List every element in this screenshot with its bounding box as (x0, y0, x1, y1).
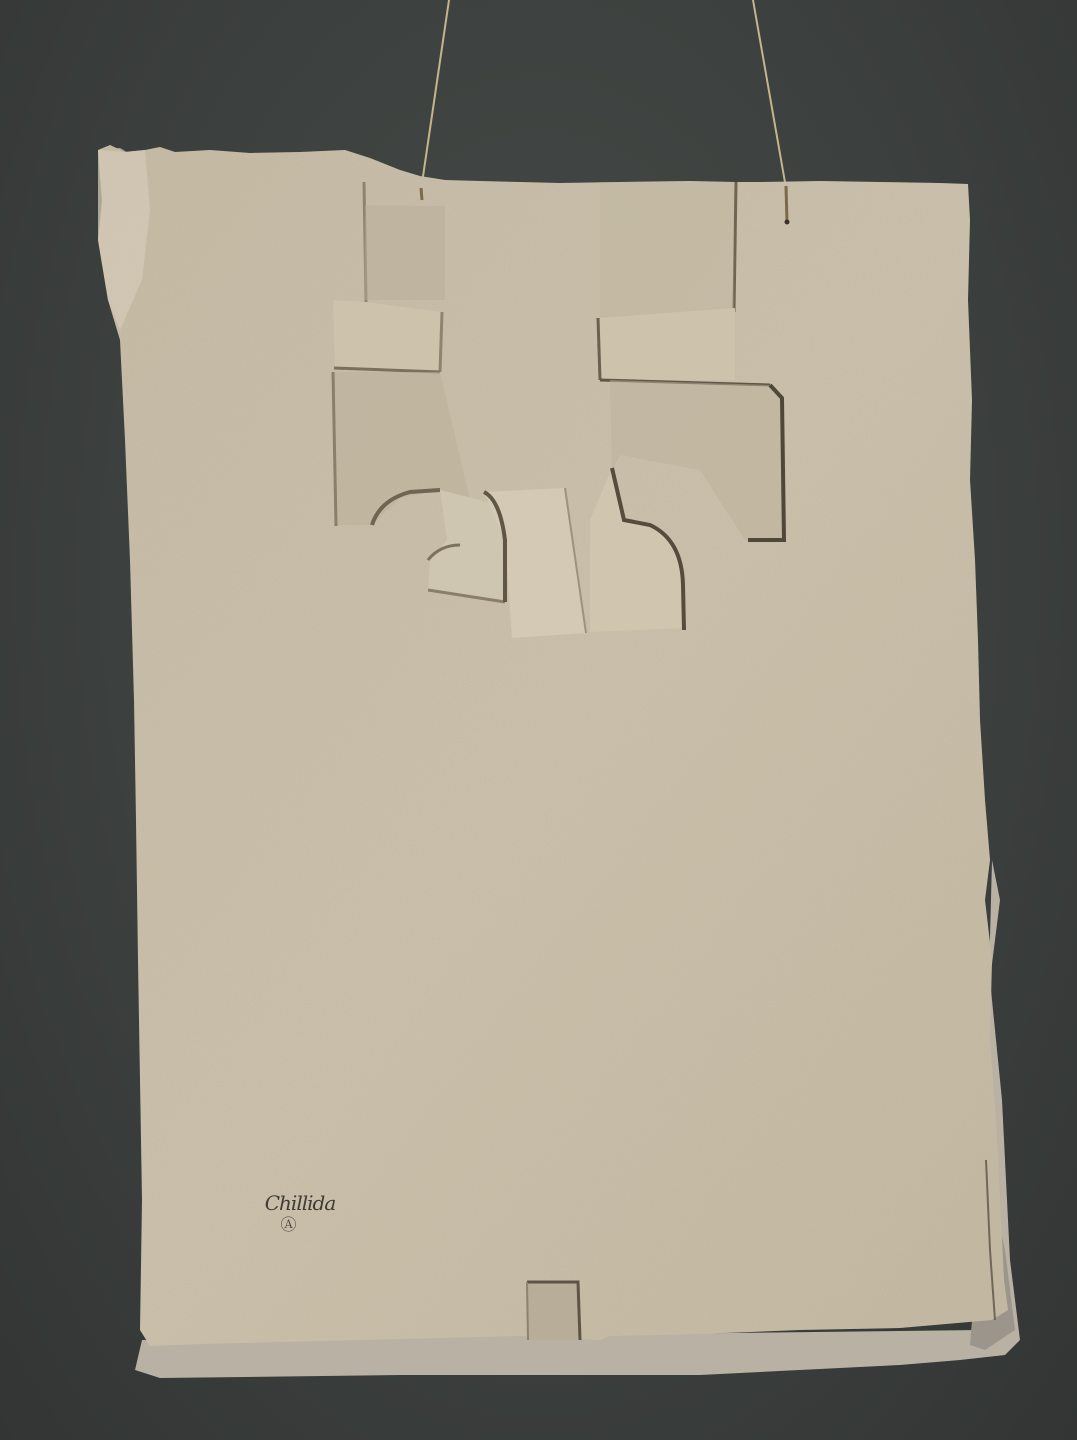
cut-top-right-vertical (734, 182, 736, 312)
signature-mark: Ⓐ (216, 1214, 360, 1236)
recess-upper-left (364, 205, 445, 300)
tab-left (333, 300, 442, 370)
paper-relief-artwork (0, 0, 1077, 1440)
artist-signature: Chillida Ⓐ (240, 1192, 360, 1252)
signature-text: Chillida (265, 1191, 336, 1215)
artwork-photo: Chillida Ⓐ Hand-made paper relief with c… (0, 0, 1077, 1440)
hanging-wire (421, 0, 786, 190)
recess-upper-right (600, 182, 734, 320)
tab-right (598, 308, 735, 380)
bottom-slot-cutout (527, 1282, 580, 1340)
paper-sheet (98, 145, 1008, 1346)
